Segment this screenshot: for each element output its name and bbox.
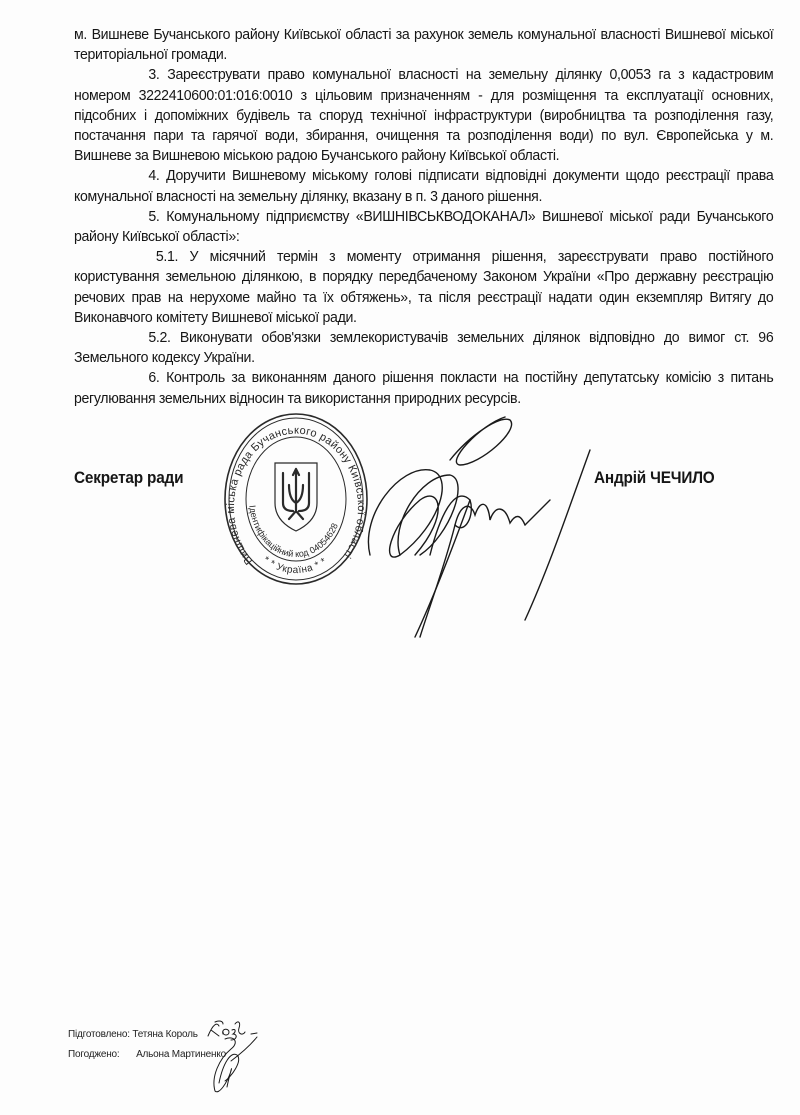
prepared-name: Тетяна Король: [132, 1029, 197, 1040]
paragraph-6: 6. Контроль за виконанням даного рішення…: [74, 368, 773, 408]
agreed-label: Погоджено:: [68, 1049, 119, 1060]
trident-icon: [275, 463, 317, 531]
handwritten-signature: [360, 405, 600, 640]
paragraph-continuation: м. Вишневе Бучанського району Київської …: [74, 25, 773, 65]
document-page: м. Вишневе Бучанського району Київської …: [0, 0, 800, 1115]
signer-name: Андрій ЧЕЧИЛО: [594, 469, 715, 488]
paragraph-4: 4. Доручити Вишневому міському голові пі…: [74, 166, 773, 206]
signer-position-title: Секретар ради: [74, 469, 183, 488]
prepared-by: Підготовлено: Тетяна Король: [68, 1029, 198, 1040]
agreed-by: Погоджено: Альона Мартиненко: [68, 1049, 226, 1060]
paragraph-5: 5. Комунальному підприємству «ВИШНІВСЬКВ…: [74, 207, 773, 247]
paragraph-3: 3. Зареєструвати право комунальної власн…: [74, 65, 773, 166]
document-body: м. Вишневе Бучанського району Київської …: [74, 25, 773, 409]
prepared-label: Підготовлено:: [68, 1029, 130, 1040]
paragraph-5-1: 5.1. У місячний термін з моменту отриман…: [74, 247, 773, 328]
official-stamp: Вишнева міська рада Бучанського району К…: [223, 411, 369, 587]
agreed-signature: [205, 1033, 260, 1098]
paragraph-5-2: 5.2. Виконувати обов'язки землекористува…: [74, 328, 773, 368]
